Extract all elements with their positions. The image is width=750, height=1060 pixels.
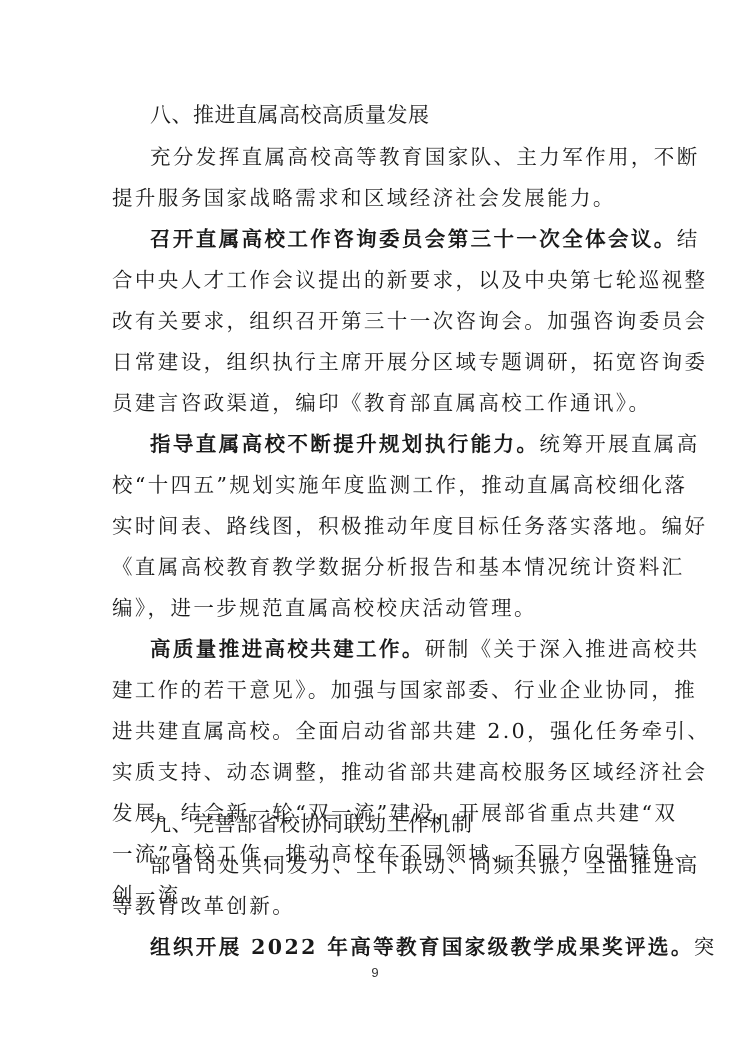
body-line: 实质支持、动态调整，推动省部共建高校服务区域经济社会 bbox=[112, 754, 642, 790]
document-page: 八、推进直属高校高质量发展 充分发挥直属高校高等教育国家队、主力军作用，不断 提… bbox=[0, 0, 750, 1060]
body-line: 充分发挥直属高校高等教育国家队、主力军作用，不断 bbox=[150, 139, 642, 175]
page-number: 9 bbox=[0, 965, 750, 980]
body-line: 建工作的若干意见》。加强与国家部委、行业企业协同，推 bbox=[112, 672, 642, 708]
paragraph-rest: 统筹开展直属高 bbox=[539, 432, 699, 456]
body-line: 发展。结合新一轮“双一流”建设，开展部省重点共建“双 bbox=[112, 795, 642, 831]
body-line: 改有关要求，组织召开第三十一次咨询会。加强咨询委员会 bbox=[112, 303, 642, 339]
paragraph-rest: 研制《关于深入推进高校共 bbox=[425, 637, 700, 661]
paragraph-first-line: 指导直属高校不断提升规划执行能力。统筹开展直属高 bbox=[150, 426, 642, 462]
paragraph-lead: 指导直属高校不断提升规划执行能力。 bbox=[150, 432, 539, 456]
body-line: 《直属高校教育教学数据分析报告和基本情况统计资料汇 bbox=[112, 549, 642, 585]
paragraph-rest: 结 bbox=[677, 227, 700, 251]
paragraph-lead: 召开直属高校工作咨询委员会第三十一次全体会议。 bbox=[150, 227, 677, 251]
body-line: 日常建设，组织执行主席开展分区域专题调研，拓宽咨询委 bbox=[112, 344, 642, 380]
body-line: 员建言咨政渠道，编印《教育部直属高校工作通讯》。 bbox=[112, 385, 642, 421]
body-line: 实时间表、路线图，积极推动年度目标任务落实落地。编好 bbox=[112, 508, 642, 544]
paragraph-first-line: 召开直属高校工作咨询委员会第三十一次全体会议。结 bbox=[150, 221, 642, 257]
paragraph-first-line: 高质量推进高校共建工作。研制《关于深入推进高校共 bbox=[150, 631, 642, 667]
body-line: 进共建直属高校。全面启动省部共建 2.0，强化任务牵引、 bbox=[112, 713, 642, 749]
body-line: 合中央人才工作会议提出的新要求，以及中央第七轮巡视整 bbox=[112, 262, 642, 298]
paragraph-lead: 高质量推进高校共建工作。 bbox=[150, 637, 425, 661]
body-line: 编》，进一步规范直属高校校庆活动管理。 bbox=[112, 590, 642, 626]
body-line: 校“十四五”规划实施年度监测工作，推动直属高校细化落 bbox=[112, 467, 642, 503]
body-line: 创一流。 bbox=[112, 877, 642, 913]
body-line: 提升服务国家战略需求和区域经济社会发展能力。 bbox=[112, 180, 642, 216]
section-heading-8: 八、推进直属高校高质量发展 bbox=[150, 97, 642, 133]
body-line: 一流”高校工作，推动高校在不同领域、不同方向强特色、 bbox=[112, 836, 642, 872]
